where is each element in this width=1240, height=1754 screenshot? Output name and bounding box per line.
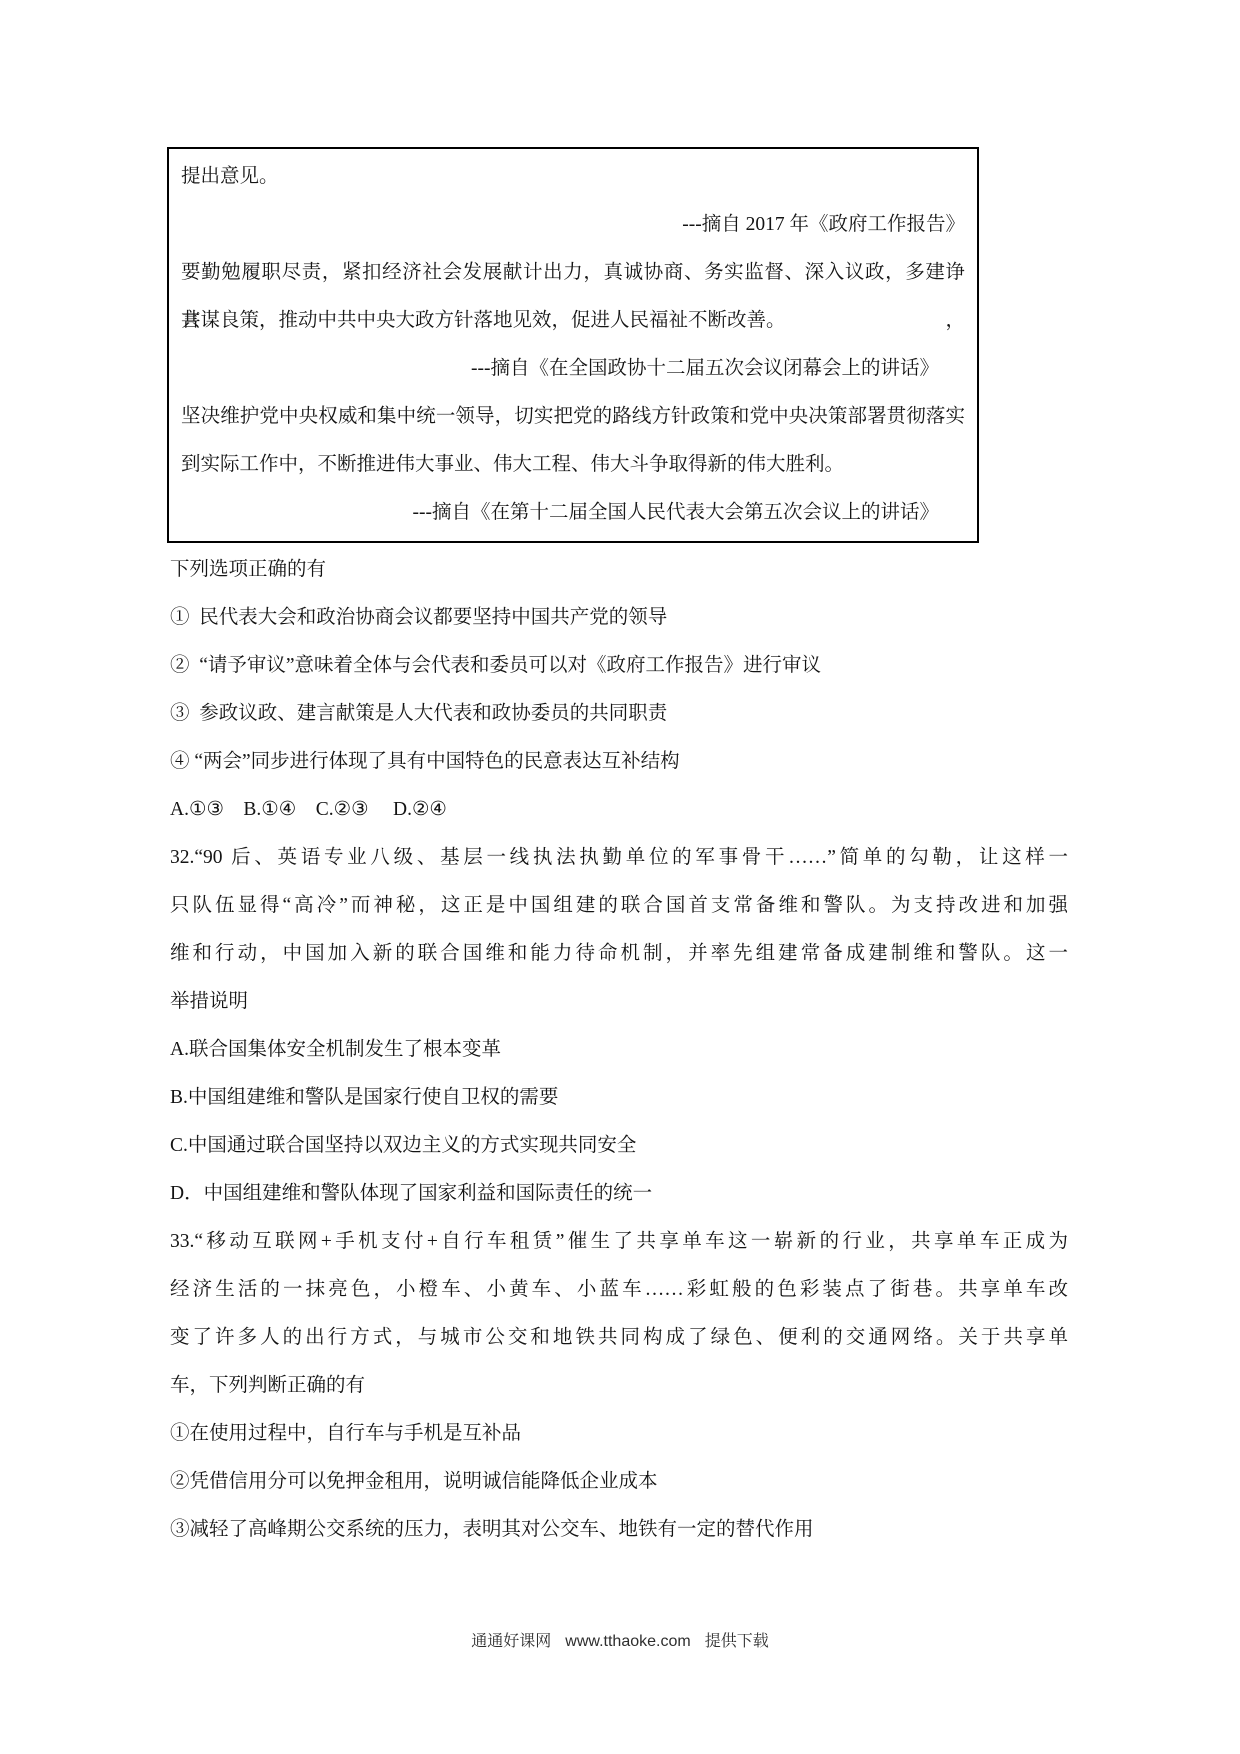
q33-text-line-2: 经济生活的一抹亮色，小橙车、小黄车、小蓝车……彩虹般的色彩装点了街巷。共享单车改 (170, 1266, 1068, 1314)
q32-text-line-1: 32.“90 后、英语专业八级、基层一线执法执勤单位的军事骨干……”简单的勾勒，… (170, 834, 1068, 882)
footer-site-name: 通通好课网 (471, 1633, 551, 1650)
q32-text-line-3: 维和行动，中国加入新的联合国维和能力待命机制，并率先组建常备成建制维和警队。这一 (170, 930, 1068, 978)
exam-document-page: 提出意见。 ---摘自 2017 年《政府工作报告》 要勤勉履职尽责，紧扣经济社… (0, 0, 1240, 1754)
page-footer: 通通好课网www.tthaoke.com提供下载 (0, 1630, 1240, 1654)
q33-text-line-4: 车，下列判断正确的有 (170, 1362, 1068, 1410)
q32-option-b: B.中国组建维和警队是国家行使自卫权的需要 (170, 1074, 1068, 1122)
q33-text-line-3: 变了许多人的出行方式，与城市公交和地铁共同构成了绿色、便利的交通网络。关于共享单 (170, 1314, 1068, 1362)
footer-url: www.tthaoke.com (565, 1633, 690, 1650)
quote-line-2: 要勤勉履职尽责，紧扣经济社会发展献计出力，真诚协商、务实监督、深入议政，多建诤言… (181, 249, 965, 297)
answer-choices-row: A.①③ B.①④ C.②③ D.②④ (170, 786, 1068, 834)
q32-option-d: D．中国组建维和警队体现了国家利益和国际责任的统一 (170, 1170, 1068, 1218)
question-area: 下列选项正确的有 ① 民代表大会和政治协商会议都要坚持中国共产党的领导 ② “请… (170, 546, 1068, 1554)
footer-suffix: 提供下载 (705, 1633, 769, 1650)
statement-4: ④ “两会”同步进行体现了具有中国特色的民意表达互补结构 (170, 738, 1068, 786)
q32-option-c: C.中国通过联合国坚持以双边主义的方式实现共同安全 (170, 1122, 1068, 1170)
quote-line-4: 坚决维护党中央权威和集中统一领导，切实把党的路线方针政策和党中央决策部署贯彻落实 (181, 393, 965, 441)
quote-citation-2: ---摘自《在全国政协十二届五次会议闭幕会上的讲话》 (181, 345, 965, 393)
question-stem-line: 下列选项正确的有 (170, 546, 1068, 594)
statement-2: ② “请予审议”意味着全体与会代表和委员可以对《政府工作报告》进行审议 (170, 642, 1068, 690)
q33-text-line-1: 33.“移动互联网+手机支付+自行车租赁”催生了共享单车这一崭新的行业，共享单车… (170, 1218, 1068, 1266)
q32-option-a: A.联合国集体安全机制发生了根本变革 (170, 1026, 1068, 1074)
quote-citation-3: ---摘自《在第十二届全国人民代表大会第五次会议上的讲话》 (181, 489, 965, 537)
quote-citation-1: ---摘自 2017 年《政府工作报告》 (181, 201, 965, 249)
q32-text-line-2: 只队伍显得“高冷”而神秘，这正是中国组建的联合国首支常备维和警队。为支持改进和加… (170, 882, 1068, 930)
quote-line-5: 到实际工作中，不断推进伟大事业、伟大工程、伟大斗争取得新的伟大胜利。 (181, 441, 965, 489)
quote-line-intro: 提出意见。 (181, 153, 965, 201)
quote-box: 提出意见。 ---摘自 2017 年《政府工作报告》 要勤勉履职尽责，紧扣经济社… (167, 147, 979, 543)
q33-statement-1: ①在使用过程中，自行车与手机是互补品 (170, 1410, 1068, 1458)
q33-statement-3: ③减轻了高峰期公交系统的压力，表明其对公交车、地铁有一定的替代作用 (170, 1506, 1068, 1554)
statement-1: ① 民代表大会和政治协商会议都要坚持中国共产党的领导 (170, 594, 1068, 642)
statement-3: ③ 参政议政、建言献策是人大代表和政协委员的共同职责 (170, 690, 1068, 738)
q32-text-line-4: 举措说明 (170, 978, 1068, 1026)
q33-statement-2: ②凭借信用分可以免押金租用，说明诚信能降低企业成本 (170, 1458, 1068, 1506)
